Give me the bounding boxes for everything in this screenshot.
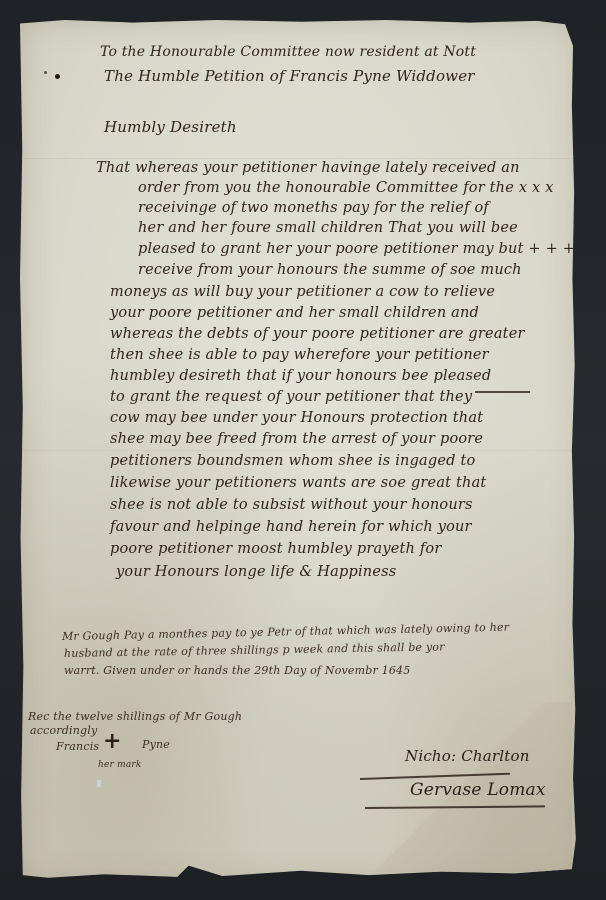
body-line: to grant the request of your petitioner … [110, 389, 472, 405]
fold-line [20, 158, 580, 159]
signature-lomax: Gervase Lomax [410, 780, 546, 800]
address-line-2: The Humble Petition of Francis Pyne Widd… [104, 67, 475, 85]
body-line: poore petitioner moost humbley prayeth f… [110, 541, 442, 557]
receipt-name-right: Pyne [142, 738, 170, 751]
body-line: moneys as will buy your petitioner a cow… [110, 284, 495, 300]
ink-blot [55, 74, 60, 79]
strike-through [475, 391, 530, 393]
salutation: Humbly Desireth [104, 118, 237, 136]
body-line: then shee is able to pay wherefore your … [110, 347, 489, 363]
body-line: her and her foure small children That yo… [138, 220, 518, 236]
body-line: receive from your honours the summe of s… [138, 262, 522, 278]
order-note-line-2: husband at the rate of three shillings p… [64, 640, 445, 660]
body-line: receivinge of two moneths pay for the re… [138, 200, 489, 216]
body-line: likewise your petitioners wants are soe … [110, 475, 486, 491]
mark-cross-icon: + [103, 728, 121, 754]
body-line: shee may bee freed from the arrest of yo… [110, 431, 483, 447]
signature-charlton: Nicho: Charlton [405, 747, 530, 765]
body-line: order from you the honourable Committee … [138, 180, 554, 196]
body-line: your Honours longe life & Happiness [116, 564, 396, 580]
receipt-line-1: Rec the twelve shillings of Mr Gough [28, 710, 242, 723]
body-line: petitioners boundsmen whom shee is ingag… [110, 453, 475, 469]
body-line: humbley desireth that if your honours be… [110, 368, 491, 384]
mark-label: her mark [98, 760, 142, 770]
paper-hole [97, 780, 101, 787]
receipt-line-2: accordingly [30, 724, 97, 737]
document-scan: To the Honourable Committee now resident… [0, 0, 606, 900]
body-line: pleased to grant her your poore petition… [138, 241, 575, 257]
address-line-1: To the Honourable Committee now resident… [100, 44, 476, 60]
body-line: That whereas your petitioner havinge lat… [96, 160, 520, 176]
body-line: cow may bee under your Honours protectio… [110, 410, 483, 426]
body-line: shee is not able to subsist without your… [110, 497, 473, 513]
body-line: your poore petitioner and her small chil… [110, 305, 479, 321]
receipt-name-left: Francis [56, 740, 99, 753]
fold-line [20, 450, 580, 451]
order-note-line-3: warrt. Given under or hands the 29th Day… [64, 664, 410, 677]
ink-blot [44, 71, 47, 74]
paper-sheet: To the Honourable Committee now resident… [20, 20, 582, 882]
body-line: favour and helpinge hand herein for whic… [110, 519, 472, 535]
body-line: whereas the debts of your poore petition… [110, 326, 525, 342]
